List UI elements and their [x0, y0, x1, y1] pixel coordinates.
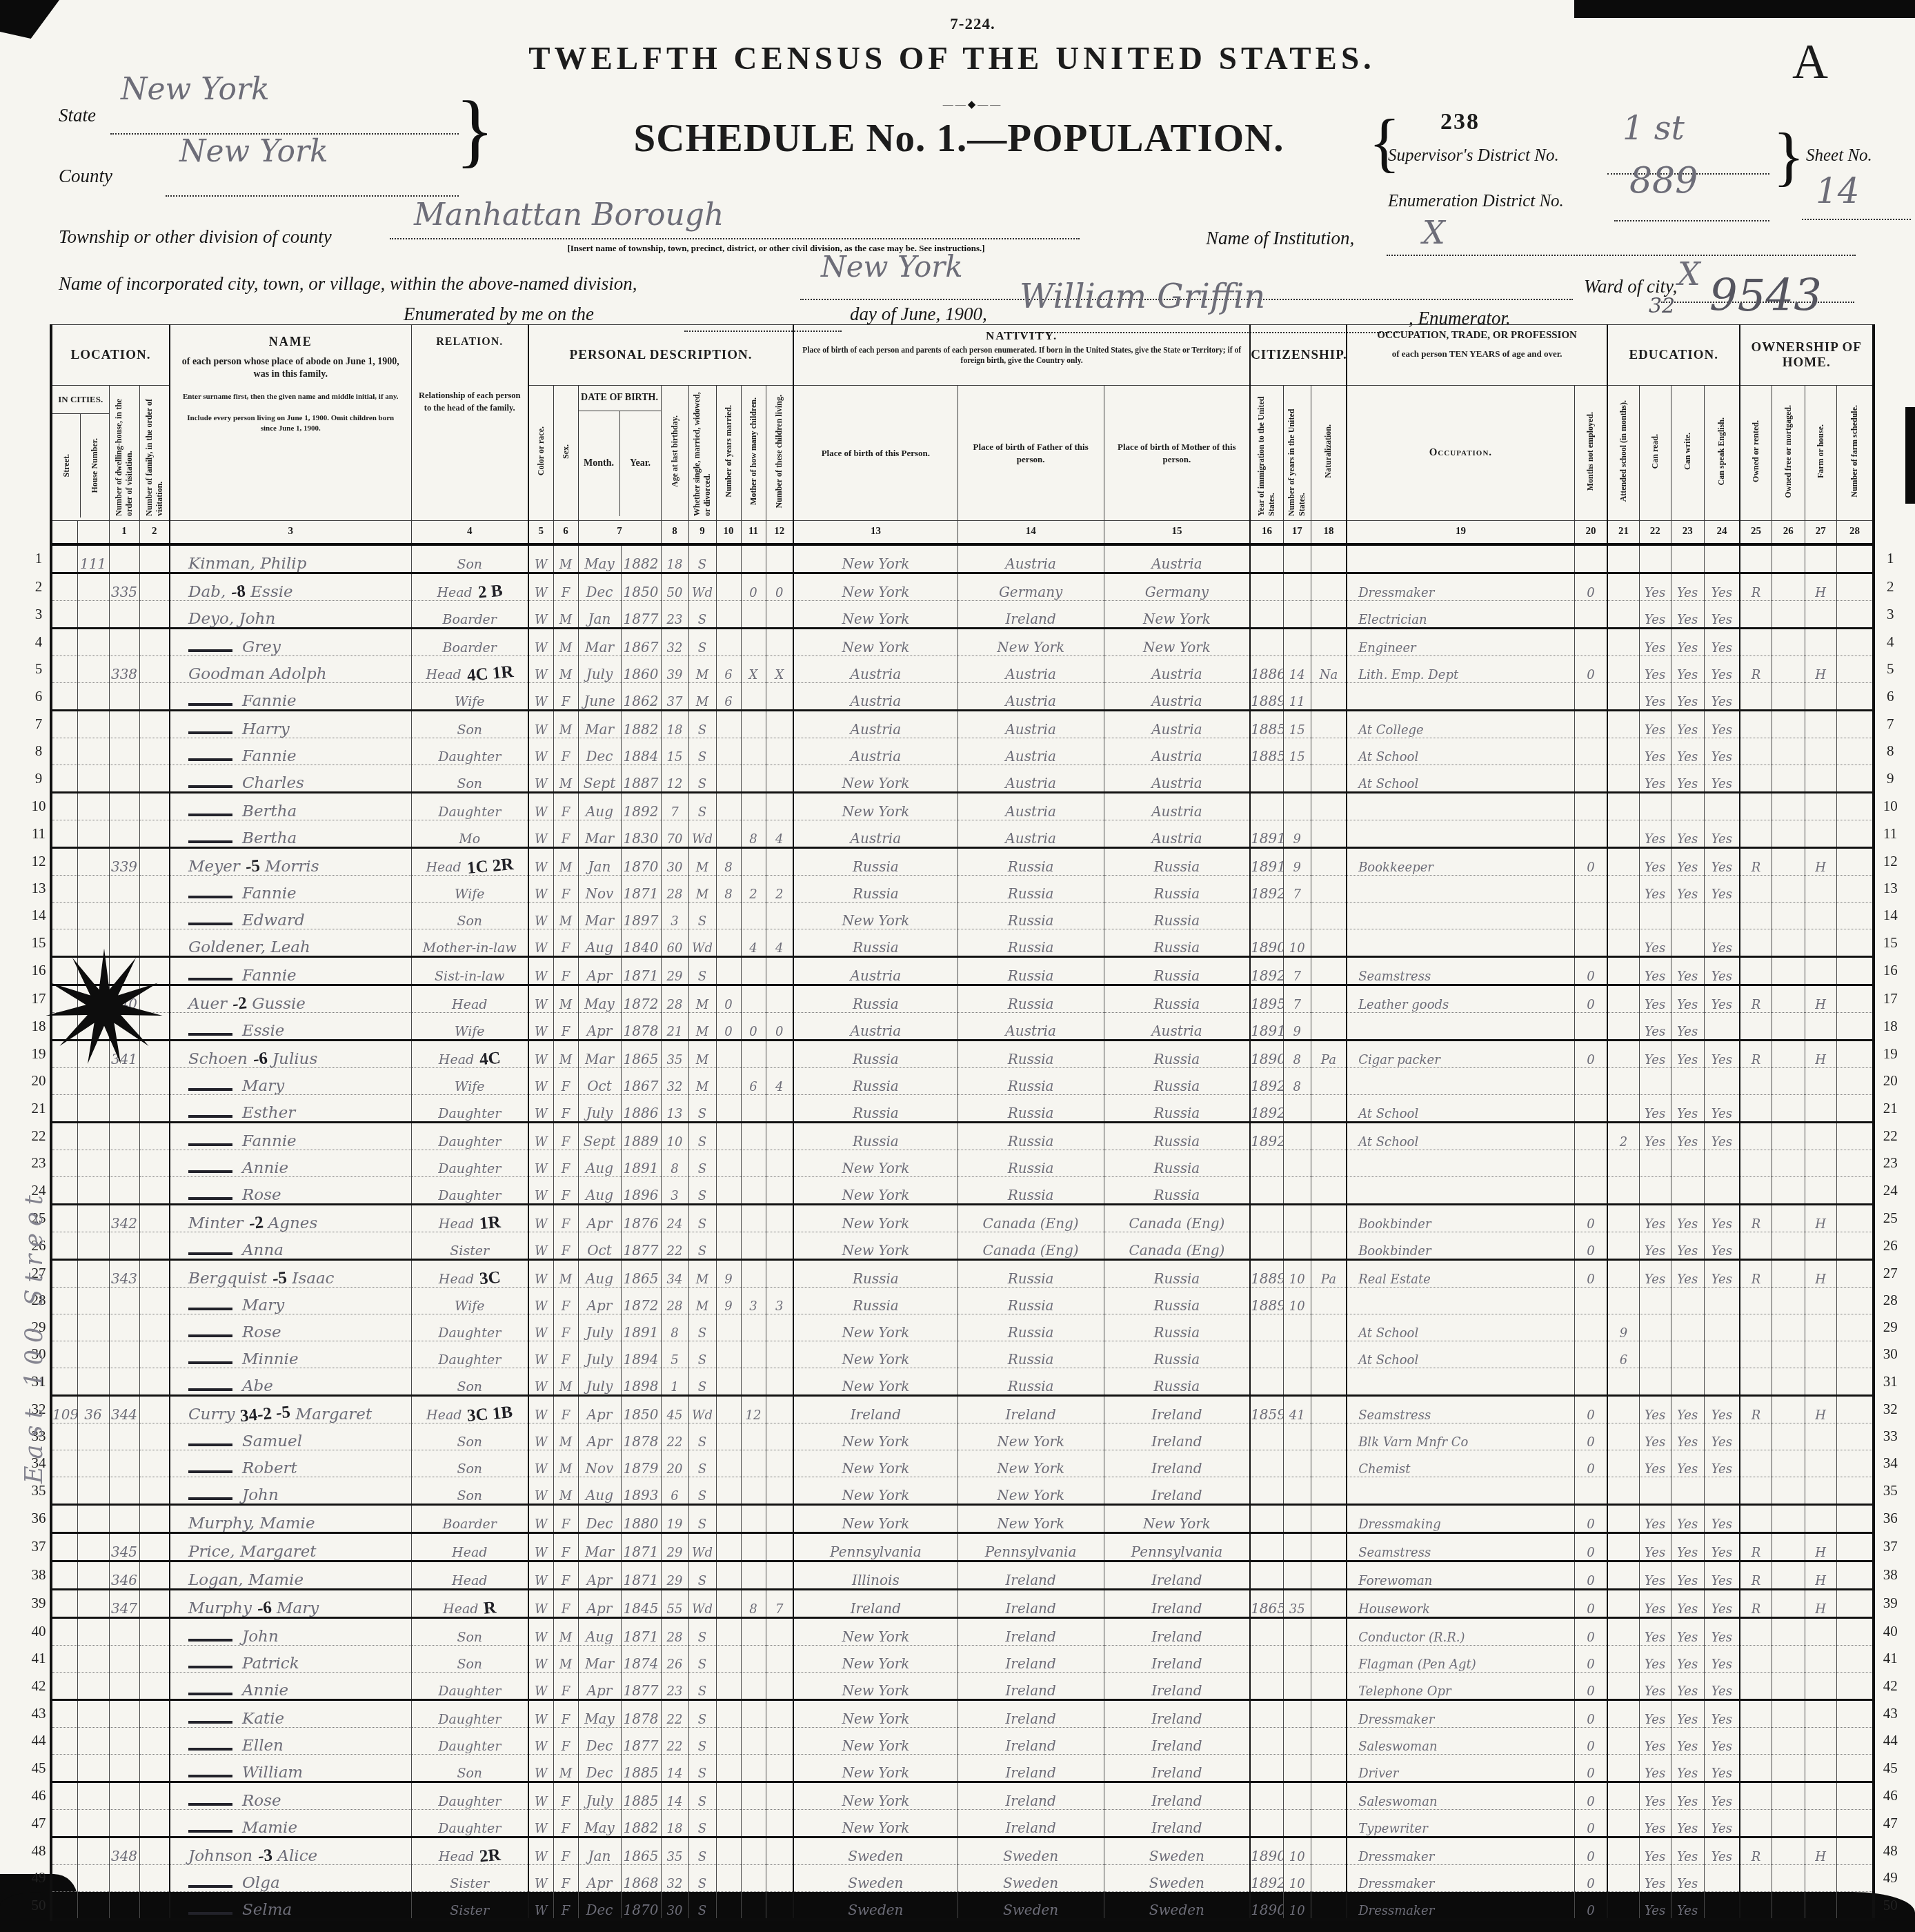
cell-liv [766, 1617, 793, 1645]
handwritten-entry: 1871 [624, 1628, 659, 1645]
handwritten-entry: 0 [1587, 1766, 1594, 1781]
township-label: Township or other division of county [59, 226, 332, 248]
relation-entry: Son [457, 1488, 482, 1504]
cell-rel: Son [411, 765, 528, 792]
cell-liv: 0 [766, 1012, 793, 1040]
cell-dw [109, 1176, 139, 1204]
cell-year: 1886 [621, 1094, 661, 1122]
cell-nat [1311, 1122, 1347, 1150]
handwritten-entry: 1885 [1251, 721, 1283, 738]
handwritten-entry: Seamstress [1358, 1546, 1431, 1560]
cell-month: Nov [578, 1450, 621, 1477]
cell-house [77, 902, 109, 929]
given-name-entry: Annie [242, 1159, 288, 1177]
cell-read: Yes [1639, 929, 1671, 956]
cell-mne [1574, 710, 1607, 738]
cell-color: W [528, 1782, 553, 1809]
handwritten-entry: Yes [1677, 1657, 1698, 1672]
relation-entry: Son [457, 1435, 482, 1450]
col-months-not-employed-label: Months not employed. [1574, 386, 1607, 521]
cell-mb: Sweden [1104, 1864, 1250, 1891]
row-number-left: 37 [28, 1532, 51, 1561]
handwritten-entry: Yes [1677, 998, 1698, 1012]
cell-mar: S [688, 1727, 716, 1754]
handwritten-entry: 9 [1620, 1326, 1627, 1341]
cell-dw [109, 1727, 139, 1754]
cell-occ [1347, 1477, 1574, 1504]
cell-sex: F [553, 1504, 578, 1532]
cell-age: 29 [661, 1561, 688, 1589]
cell-dw: 342 [109, 1204, 139, 1232]
cell-year: 1871 [621, 875, 661, 902]
cell-yrs: 35 [1283, 1589, 1311, 1617]
cell-own [1740, 682, 1772, 710]
given-name-entry: Alice [272, 1847, 317, 1865]
cell-fb: Austria [957, 792, 1104, 820]
cell-sex: F [553, 1891, 578, 1920]
handwritten-entry: 0 [1587, 1435, 1594, 1450]
cell-color: W [528, 985, 553, 1012]
row-number-left: 6 [28, 682, 51, 710]
cell-dw: 341 [109, 1040, 139, 1067]
colnum: 19 [1347, 521, 1574, 544]
cell-sex: M [553, 710, 578, 738]
cell-moth [741, 1809, 766, 1837]
handwritten-entry: New York [842, 1160, 909, 1176]
col-street-label: Street. [61, 454, 72, 477]
cell-street [51, 1341, 77, 1368]
cell-sched [1836, 929, 1874, 956]
institution-label: Name of Institution, [1206, 228, 1354, 249]
cell-year: 1865 [621, 1837, 661, 1864]
colnum: 11 [741, 521, 766, 544]
cell-fam [139, 1754, 170, 1782]
handwritten-entry: 1877 [624, 611, 659, 627]
handwritten-entry: Yes [1677, 1053, 1698, 1067]
cell-house [77, 738, 109, 765]
handwritten-entry: S [698, 1904, 706, 1918]
cell-own: R [1740, 1532, 1772, 1561]
ditto-mark [188, 1435, 232, 1446]
cell-mb: Ireland [1104, 1672, 1250, 1699]
cell-own: R [1740, 573, 1772, 600]
cell-sex: F [553, 1672, 578, 1699]
handwritten-entry: 10 [667, 1135, 683, 1150]
cell-own: R [1740, 655, 1772, 682]
handwritten-entry: Yes [1645, 1574, 1665, 1588]
handwritten-entry: New York [1143, 611, 1211, 627]
cell-age: 32 [661, 1067, 688, 1094]
cell-mort [1772, 682, 1805, 710]
handwritten-entry: July [586, 1324, 613, 1341]
given-name-entry: John [242, 1486, 279, 1504]
cell-sched [1836, 600, 1874, 628]
cell-house [77, 820, 109, 847]
cell-mort [1772, 1287, 1805, 1314]
cell-write: Yes [1671, 847, 1704, 875]
row-number-left: 46 [28, 1782, 51, 1809]
handwritten-entry: Apr [587, 1682, 613, 1699]
cell-yrs [1283, 1368, 1311, 1395]
cell-liv [766, 544, 793, 573]
row-number-right: 15 [1874, 929, 1905, 956]
cell-house [77, 1672, 109, 1699]
cell-dw [109, 1809, 139, 1837]
cell-liv [766, 1782, 793, 1809]
row-number-right: 25 [1874, 1204, 1905, 1232]
cell-fam [139, 1727, 170, 1754]
cell-farm [1805, 820, 1836, 847]
cell-house [77, 1617, 109, 1645]
cell-mar: Wd [688, 573, 716, 600]
relation-annotation: 4C 1R [466, 663, 514, 682]
cell-ym [716, 1837, 741, 1864]
handwritten-entry: Sweden [848, 1902, 903, 1918]
cell-month: Sept [578, 765, 621, 792]
cell-read: Yes [1639, 1423, 1671, 1450]
cell-month: Mar [578, 710, 621, 738]
row-number-right: 39 [1874, 1589, 1905, 1617]
cell-imm [1250, 1232, 1283, 1259]
cell-street [51, 1809, 77, 1837]
cell-yrs [1283, 1450, 1311, 1477]
cell-color: W [528, 1314, 553, 1341]
cell-read: Yes [1639, 1561, 1671, 1589]
cell-rel: Head2 B [411, 573, 528, 600]
handwritten-entry: Yes [1645, 1462, 1665, 1477]
cell-fb: Russia [957, 847, 1104, 875]
cell-liv [766, 956, 793, 985]
cell-mne: 0 [1574, 1504, 1607, 1532]
cell-name: Fannie [170, 682, 411, 710]
cell-month: July [578, 655, 621, 682]
cell-color: W [528, 902, 553, 929]
cell-dw [109, 1287, 139, 1314]
handwritten-entry: 1891 [1251, 858, 1283, 875]
given-name-entry: Margaret [235, 1543, 317, 1561]
handwritten-entry: 29 [667, 969, 683, 984]
handwritten-entry: Germany [999, 584, 1062, 600]
dob-title: DATE OF BIRTH. [579, 386, 661, 411]
cell-street [51, 1287, 77, 1314]
cell-name: John [170, 1617, 411, 1645]
relation-entry: Head [439, 1216, 474, 1232]
cell-color: W [528, 1176, 553, 1204]
group-ownership: OWNERSHIP OF HOME. [1740, 325, 1874, 386]
cell-age: 5 [661, 1341, 688, 1368]
cell-fam [139, 1504, 170, 1532]
cell-name: Robert [170, 1450, 411, 1477]
handwritten-entry: M [559, 914, 572, 929]
handwritten-entry: Yes [1711, 695, 1732, 709]
handwritten-entry: 1887 [624, 775, 659, 791]
handwritten-entry: 4 [775, 941, 783, 956]
cell-sch [1607, 1864, 1639, 1891]
cell-year: 1870 [621, 847, 661, 875]
cell-month: Apr [578, 956, 621, 985]
col-birthplace-person-label: Place of birth of this Person. [793, 386, 957, 521]
cell-fam [139, 1423, 170, 1450]
cell-eng [1704, 1150, 1740, 1176]
handwritten-entry: Yes [1711, 750, 1732, 765]
cell-write [1671, 1477, 1704, 1504]
cell-age: 13 [661, 1094, 688, 1122]
cell-sex: F [553, 1699, 578, 1727]
relation-entry: Mother-in-law [423, 940, 517, 956]
cell-sched [1836, 1450, 1874, 1477]
table-row: 13FannieWifeWFNov187128M822RussiaRussiaR… [28, 875, 1905, 902]
cell-write: Yes [1671, 1727, 1704, 1754]
cell-street [51, 1672, 77, 1699]
cell-nat [1311, 1699, 1347, 1727]
cell-age: 32 [661, 628, 688, 655]
handwritten-entry: H [1815, 1850, 1826, 1864]
handwritten-entry: W [535, 941, 548, 956]
cell-mort [1772, 1617, 1805, 1645]
cell-year: 1867 [621, 628, 661, 655]
handwritten-entry: Yes [1677, 1107, 1698, 1121]
row-number-right: 42 [1874, 1672, 1905, 1699]
cell-year: 1850 [621, 1395, 661, 1423]
cell-ym: 6 [716, 682, 741, 710]
handwritten-entry: M [559, 1272, 572, 1287]
cell-farm: H [1805, 655, 1836, 682]
cell-moth: 8 [741, 1589, 766, 1617]
handwritten-entry: 344 [111, 1406, 137, 1423]
cell-mne [1574, 1341, 1607, 1368]
handwritten-entry: Yes [1677, 1272, 1698, 1287]
handwritten-entry: Austria [1005, 748, 1056, 765]
cell-mb: Austria [1104, 655, 1250, 682]
handwritten-entry: Yes [1645, 723, 1665, 738]
handwritten-entry: W [535, 586, 548, 600]
handwritten-entry: Yes [1677, 1517, 1698, 1532]
cell-mar: S [688, 1891, 716, 1920]
cell-street [51, 1532, 77, 1561]
cell-house [77, 1232, 109, 1259]
cell-age: 28 [661, 1617, 688, 1645]
cell-nat [1311, 1617, 1347, 1645]
handwritten-entry: Yes [1711, 668, 1732, 682]
handwritten-entry: Ireland [1005, 1793, 1055, 1809]
relation-entry: Son [457, 1630, 482, 1645]
handwritten-entry: W [535, 1217, 548, 1232]
cell-name: Patrick [170, 1645, 411, 1672]
handwritten-entry: Austria [1151, 666, 1202, 682]
ditto-mark [188, 1135, 232, 1146]
given-name-entry: Fannie [242, 885, 297, 903]
cell-occ: Dressmaker [1347, 1837, 1574, 1864]
cell-sex: M [553, 985, 578, 1012]
surname-entry: Goodman [188, 665, 265, 683]
cell-liv [766, 1204, 793, 1232]
ditto-mark [188, 887, 232, 898]
cell-fb: Austria [957, 738, 1104, 765]
handwritten-entry: 1877 [624, 1242, 659, 1259]
cell-liv [766, 1176, 793, 1204]
cell-yrs: 9 [1283, 820, 1311, 847]
cell-year: 1892 [621, 792, 661, 820]
handwritten-entry: Yes [1677, 1766, 1698, 1781]
cell-rel: Wife [411, 875, 528, 902]
cell-moth [741, 1423, 766, 1450]
cell-mne: 0 [1574, 1589, 1607, 1617]
cell-mar: M [688, 1287, 716, 1314]
cell-dw: 347 [109, 1589, 139, 1617]
cell-street [51, 1699, 77, 1727]
cell-house [77, 875, 109, 902]
cell-name: Rose [170, 1782, 411, 1809]
cell-yrs [1283, 1727, 1311, 1754]
cell-age: 18 [661, 1809, 688, 1837]
cell-mne: 0 [1574, 655, 1607, 682]
handwritten-entry: New York [1143, 639, 1211, 655]
cell-fam [139, 1450, 170, 1477]
cell-color: W [528, 1477, 553, 1504]
row-number-right: 28 [1874, 1287, 1905, 1314]
row-number-right: 24 [1874, 1176, 1905, 1204]
row-number-right: 33 [1874, 1423, 1905, 1450]
handwritten-entry: Sweden [1003, 1875, 1058, 1891]
handwritten-entry: 10 [1289, 941, 1305, 956]
handwritten-entry: New York [842, 555, 909, 572]
surname-entry: Auer [188, 995, 227, 1013]
handwritten-entry: Ireland [1005, 1628, 1055, 1645]
cell-farm [1805, 1672, 1836, 1699]
census-sheet: 7-224. TWELFTH CENSUS OF THE UNITED STAT… [0, 0, 1915, 1932]
cell-color: W [528, 1450, 553, 1477]
table-row: 8FannieDaughterWFDec188415SAustriaAustri… [28, 738, 1905, 765]
cell-read: Yes [1639, 1040, 1671, 1067]
cell-month: Mar [578, 1532, 621, 1561]
cell-rel: Head4C [411, 1040, 528, 1067]
sheet-side-letter: A [1792, 33, 1828, 90]
handwritten-entry: Ireland [1151, 1628, 1202, 1645]
handwritten-entry: Ireland [1151, 1682, 1202, 1699]
cell-color: W [528, 875, 553, 902]
cell-yrs [1283, 1477, 1311, 1504]
handwritten-entry: Ireland [1151, 1793, 1202, 1809]
left-block-brace: } [455, 90, 495, 171]
cell-color: W [528, 1040, 553, 1067]
cell-fb: Ireland [957, 1754, 1104, 1782]
cell-write [1671, 1314, 1704, 1341]
handwritten-entry: Aug [586, 1487, 613, 1504]
cell-sex: F [553, 682, 578, 710]
cell-occ: Electrician [1347, 600, 1574, 628]
handwritten-entry: Yes [1711, 1766, 1732, 1781]
handwritten-entry: M [559, 1766, 572, 1781]
cell-imm: 1859 [1250, 1395, 1283, 1423]
cell-age: 18 [661, 544, 688, 573]
cell-age: 12 [661, 765, 688, 792]
row-number-left: 9 [28, 765, 51, 792]
name-title: NAME [180, 335, 401, 349]
handwritten-entry: Dressmaker [1358, 1850, 1434, 1864]
cell-imm: 1889 [1250, 1287, 1283, 1314]
cell-mar: S [688, 710, 716, 738]
handwritten-entry: 3 [671, 1189, 678, 1203]
cell-mort [1772, 1589, 1805, 1617]
row-number-right: 14 [1874, 902, 1905, 929]
cell-write: Yes [1671, 1754, 1704, 1782]
cell-farm [1805, 600, 1836, 628]
cell-color: W [528, 682, 553, 710]
cell-year: 1876 [621, 1204, 661, 1232]
handwritten-entry: Yes [1645, 1025, 1665, 1039]
relation-entry: Head [439, 1272, 474, 1287]
cell-sched [1836, 985, 1874, 1012]
handwritten-entry: 29 [667, 1574, 683, 1588]
cell-mort [1772, 875, 1805, 902]
cell-read: Yes [1639, 1837, 1671, 1864]
handwritten-entry: Germany [1145, 584, 1209, 600]
group-nativity: NATIVITY. Place of birth of each person … [793, 325, 1250, 386]
cell-mort [1772, 1067, 1805, 1094]
cell-read: Yes [1639, 875, 1671, 902]
given-name-entry: Bertha [242, 829, 297, 847]
page-number-large: 9543 [1709, 270, 1822, 322]
table-body: 1111Kinman, PhilipSonWMMay188218SNew Yor… [28, 544, 1905, 1920]
handwritten-entry: Bookbinder [1358, 1217, 1431, 1232]
cell-sex: M [553, 1450, 578, 1477]
cell-occ [1347, 1368, 1574, 1395]
cell-dw [109, 1645, 139, 1672]
handwritten-entry: Housework [1358, 1602, 1430, 1617]
cell-eng [1704, 1067, 1740, 1094]
cell-sex: F [553, 956, 578, 985]
cell-nat [1311, 1150, 1347, 1176]
handwritten-entry: Yes [1677, 1739, 1698, 1754]
cell-fam [139, 1150, 170, 1176]
cell-eng: Yes [1704, 985, 1740, 1012]
cell-mb: Russia [1104, 847, 1250, 875]
cell-ym [716, 1423, 741, 1450]
cell-nat [1311, 1287, 1347, 1314]
relation-entry: Daughter [438, 1352, 501, 1368]
cell-pb: New York [793, 573, 957, 600]
handwritten-entry: 12 [746, 1408, 762, 1423]
handwritten-entry: 1890 [1251, 1051, 1283, 1067]
cell-year: 1871 [621, 956, 661, 985]
cell-dw: 339 [109, 847, 139, 875]
handwritten-entry: 1882 [624, 555, 659, 572]
handwritten-entry: 4 [775, 1080, 783, 1094]
row-number-right: 46 [1874, 1782, 1905, 1809]
given-name-entry: Samuel [242, 1432, 302, 1450]
handwritten-entry: R [1752, 998, 1761, 1012]
handwritten-entry: M [559, 558, 572, 572]
handwritten-entry: W [535, 1135, 548, 1150]
handwritten-entry: 0 [1587, 1546, 1594, 1560]
handwritten-entry: S [698, 1326, 706, 1341]
cell-fb: Ireland [957, 1782, 1104, 1809]
county-value: New York [179, 134, 328, 169]
cell-rel: Boarder [411, 600, 528, 628]
cell-mort [1772, 1782, 1805, 1809]
cell-name: Curry34-2 -5 Margaret [170, 1395, 411, 1423]
handwritten-entry: W [535, 695, 548, 709]
handwritten-entry: New York [842, 1433, 909, 1450]
cell-name: Samuel [170, 1423, 411, 1450]
handwritten-entry: W [535, 777, 548, 791]
cell-mne: 0 [1574, 1809, 1607, 1837]
cell-dw [109, 1314, 139, 1341]
colnum: 12 [766, 521, 793, 544]
cell-house [77, 1204, 109, 1232]
handwritten-entry: At School [1358, 1135, 1418, 1150]
cell-nat [1311, 929, 1347, 956]
